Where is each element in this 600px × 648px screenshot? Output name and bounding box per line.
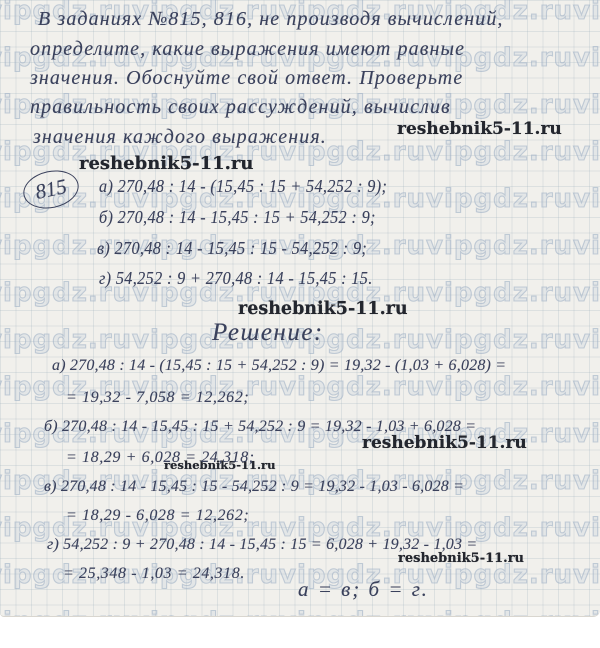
solution-heading: Решение:	[212, 319, 324, 347]
task-text-line: значения каждого выражения.	[33, 126, 327, 149]
vipgdz-watermark: vipgdz.ru	[426, 137, 573, 167]
expression-a: а) 270,48 : 14 - (15,45 : 15 + 54,252 : …	[99, 176, 387, 197]
vipgdz-watermark: vipgdz.ru	[573, 0, 600, 26]
vipgdz-watermark: vipgdz.ru	[573, 137, 600, 167]
task-text-line: определите, какие выражения имеют равные	[30, 38, 465, 61]
vipgdz-watermark: vipgdz.ru	[426, 325, 573, 355]
reshebnik-watermark: reshebnik5-11.ru	[362, 433, 527, 453]
vipgdz-watermark: vipgdz.ru	[573, 513, 600, 543]
vipgdz-watermark: vipgdz.ru	[426, 278, 573, 308]
vipgdz-watermark: vipgdz.ru	[573, 607, 600, 617]
vipgdz-watermark: vipgdz.ru	[426, 372, 573, 402]
reshebnik-watermark: reshebnik5-11.ru	[79, 153, 253, 174]
problem-number-badge: 815	[20, 166, 82, 214]
solution-a-line1: а) 270,48 : 14 - (15,45 : 15 + 54,252 : …	[52, 357, 506, 375]
solution-v-line1: в) 270,48 : 14 - 15,45 : 15 - 54,252 : 9…	[44, 478, 464, 496]
vipgdz-watermark: vipgdz.ru	[573, 466, 600, 496]
notebook-page: vipgdz.ruvipgdz.ruvipgdz.ruvipgdz.ruvipg…	[0, 0, 600, 617]
final-answer: а = в; б = г.	[298, 577, 429, 602]
solution-b-line2: = 18,29 + 6,028 = 24,318;	[66, 449, 255, 467]
task-text-line: значения. Обоснуйте свой ответ. Проверьт…	[30, 67, 463, 90]
vipgdz-watermark: vipgdz.ru	[132, 607, 279, 617]
vipgdz-watermark: vipgdz.ru	[426, 184, 573, 214]
vipgdz-watermark: vipgdz.ru	[0, 607, 132, 617]
task-text-line: правильность своих рассуждений, вычислив	[30, 96, 451, 119]
vipgdz-watermark: vipgdz.ru	[573, 325, 600, 355]
vipgdz-watermark: vipgdz.ru	[279, 372, 426, 402]
reshebnik-watermark: reshebnik5-11.ru	[238, 299, 408, 319]
vipgdz-watermark: vipgdz.ru	[573, 278, 600, 308]
solution-a-line2: = 19,32 - 7,058 = 12,262;	[66, 389, 249, 407]
expression-v: в) 270,48 : 14 - 15,45 : 15 - 54,252 : 9…	[97, 238, 367, 259]
solution-g-line1: г) 54,252 : 9 + 270,48 : 14 - 15,45 : 15…	[47, 536, 477, 554]
vipgdz-watermark: vipgdz.ru	[573, 560, 600, 590]
expression-g: г) 54,252 : 9 + 270,48 : 14 - 15,45 : 15…	[99, 268, 373, 289]
vipgdz-watermark: vipgdz.ru	[279, 607, 426, 617]
vipgdz-watermark: vipgdz.ru	[573, 231, 600, 261]
vipgdz-watermark: vipgdz.ru	[573, 90, 600, 120]
vipgdz-watermark: vipgdz.ru	[573, 43, 600, 73]
vipgdz-watermark: vipgdz.ru	[573, 184, 600, 214]
solution-v-line2: = 18,29 - 6,028 = 12,262;	[66, 507, 249, 525]
problem-number: 815	[33, 174, 69, 205]
solution-g-line2: = 25,348 - 1,03 = 24,318.	[63, 565, 245, 583]
expression-b: б) 270,48 : 14 - 15,45 : 15 + 54,252 : 9…	[99, 207, 376, 228]
vipgdz-watermark: vipgdz.ru	[573, 372, 600, 402]
vipgdz-watermark: vipgdz.ru	[0, 325, 132, 355]
vipgdz-watermark: vipgdz.ru	[426, 231, 573, 261]
solution-b-line1: б) 270,48 : 14 - 15,45 : 15 + 54,252 : 9…	[44, 418, 476, 436]
task-text-line: В заданиях №815, 816, не производя вычис…	[38, 8, 504, 31]
vipgdz-watermark: vipgdz.ru	[426, 607, 573, 617]
vipgdz-watermark: vipgdz.ru	[573, 419, 600, 449]
reshebnik-watermark: reshebnik5-11.ru	[397, 119, 562, 139]
